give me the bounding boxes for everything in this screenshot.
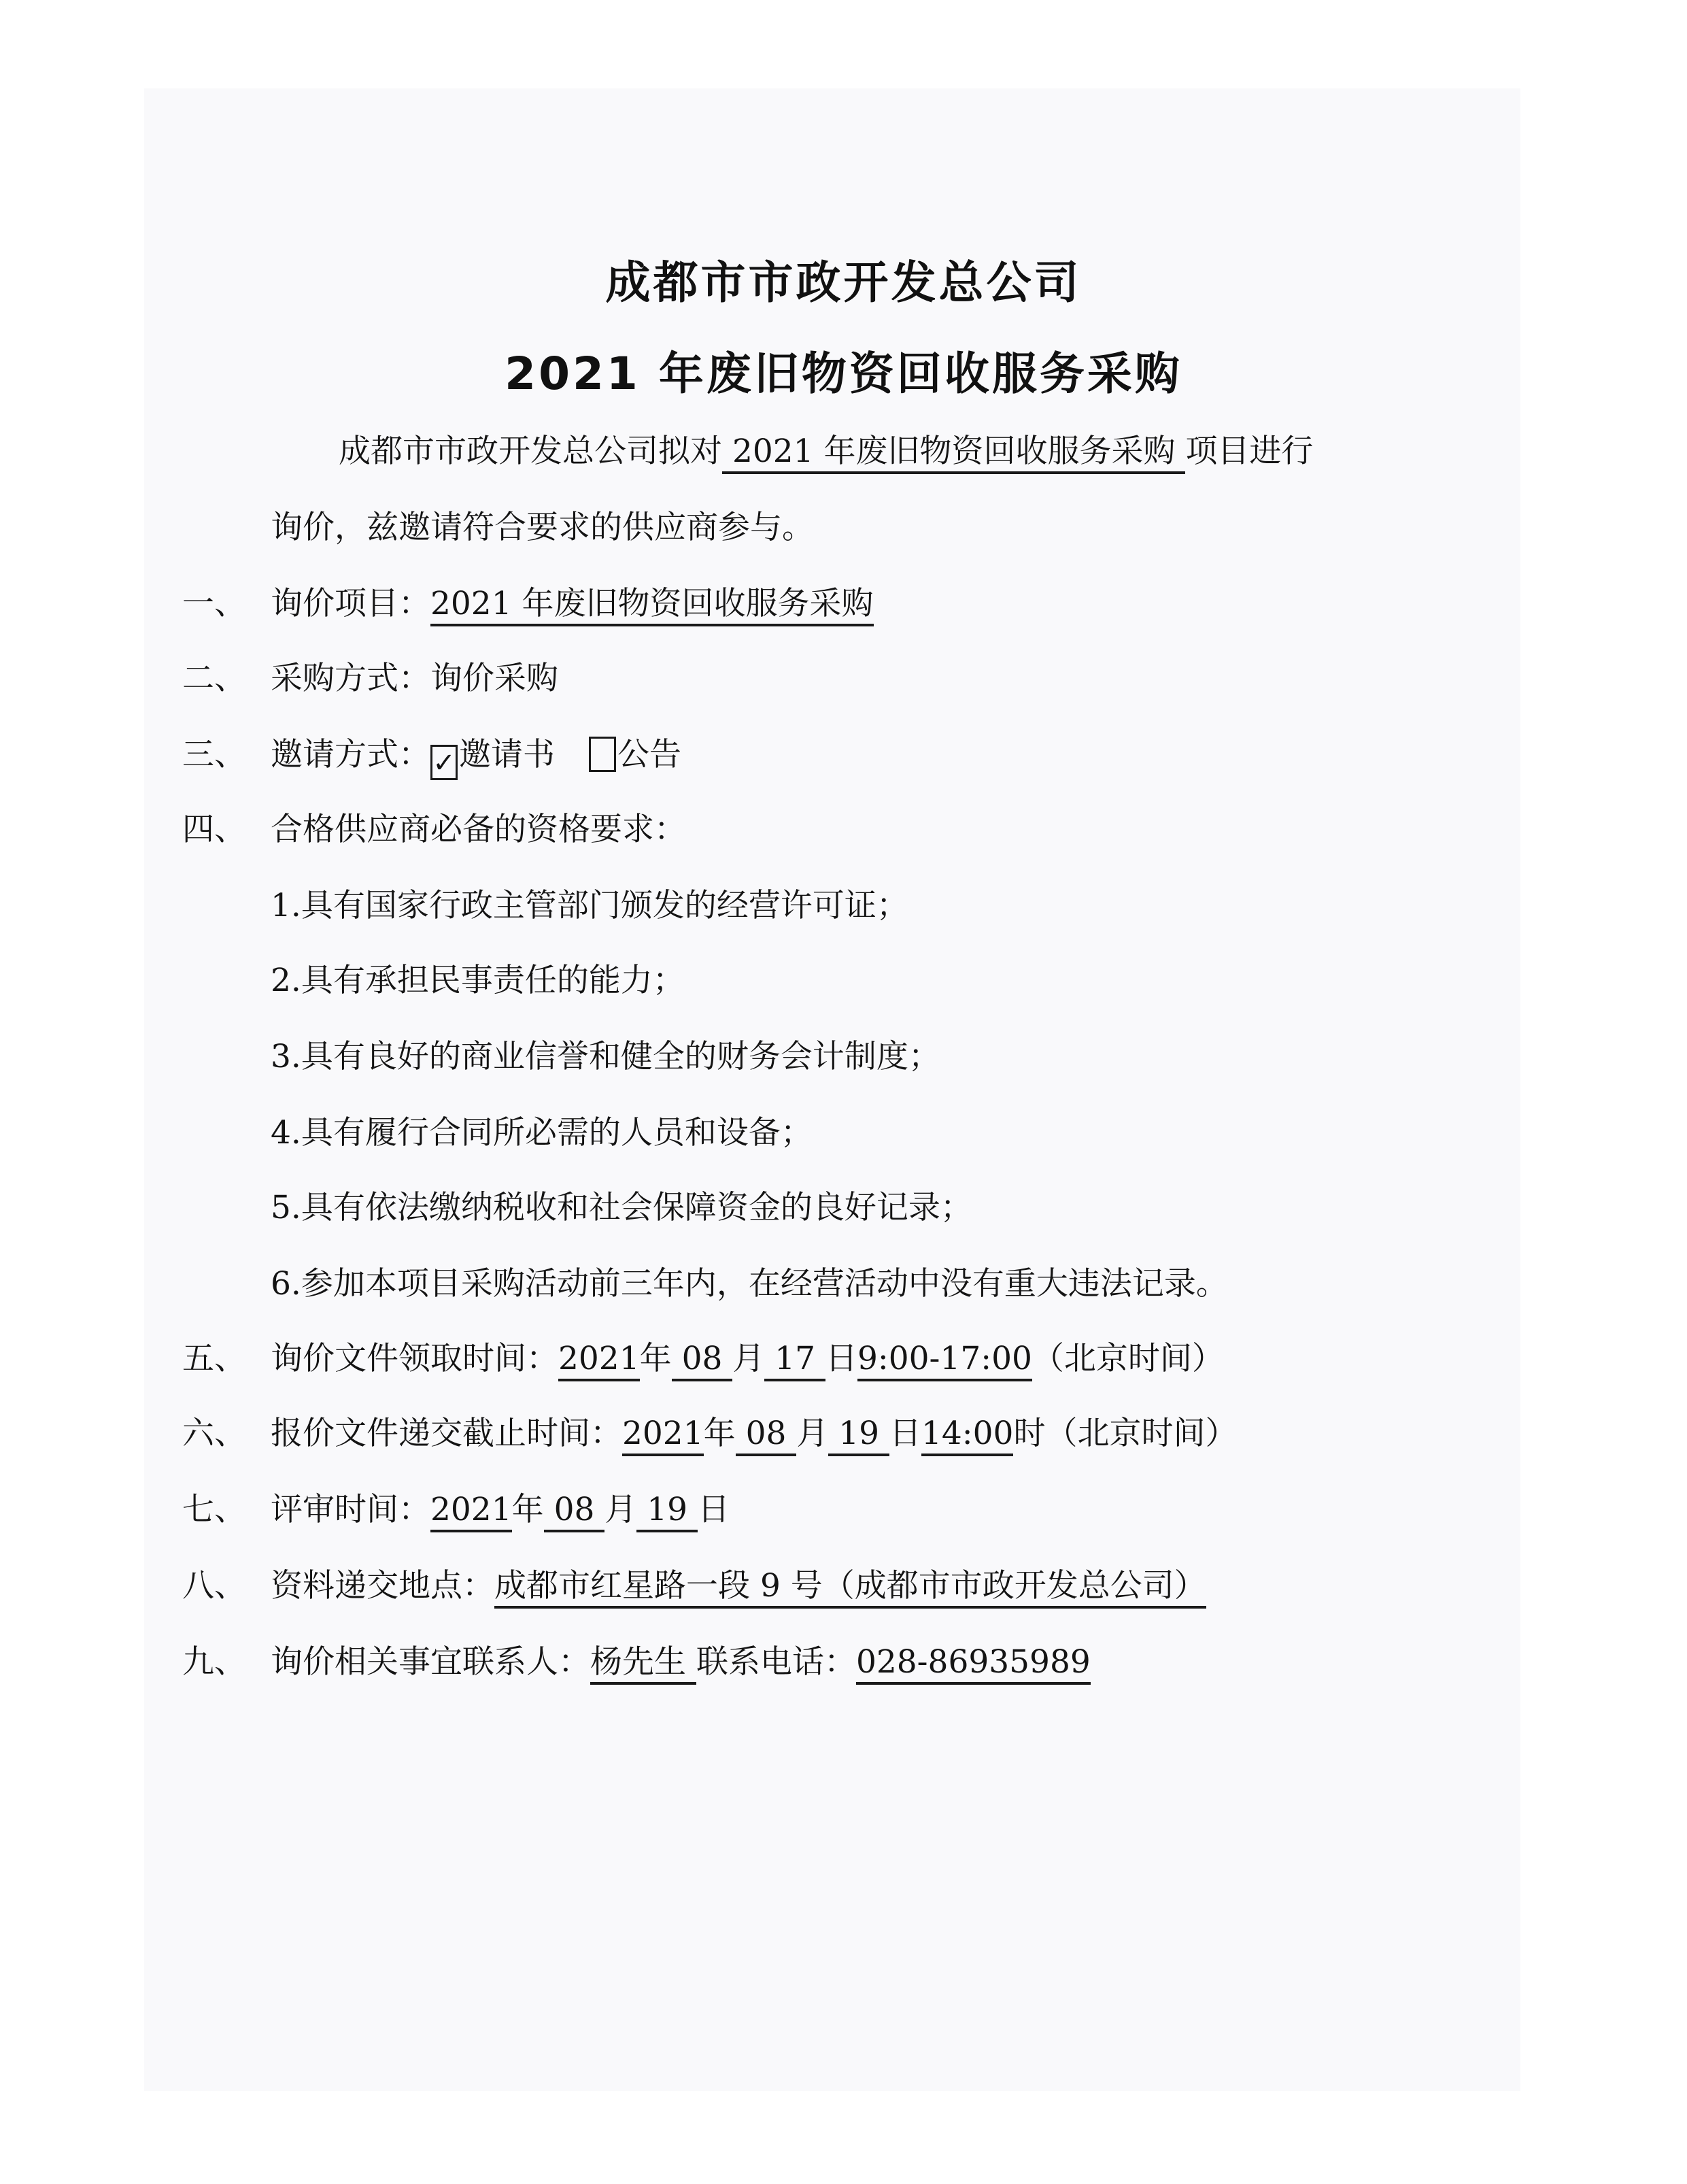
- qualification-item: 4.具有履行合同所必需的人员和设备；: [271, 1113, 813, 1154]
- section-label: 询价项目：: [271, 585, 430, 622]
- section-number: 九、: [182, 1642, 246, 1683]
- qualification-item: 3.具有良好的商业信誉和健全的财务会计制度；: [271, 1037, 940, 1077]
- intro-suffix: 项目进行: [1185, 433, 1313, 470]
- review-day: 19: [636, 1491, 698, 1532]
- section-number: 六、: [182, 1413, 246, 1454]
- intro-line2: 询价，兹邀请符合要求的供应商参与。: [271, 507, 814, 548]
- section-label: 报价文件递交截止时间：: [271, 1415, 622, 1452]
- intro-prefix: 成都市市政开发总公司拟对: [339, 433, 722, 470]
- checkbox-invitation-letter-checked-icon: ✓: [430, 745, 458, 780]
- review-month: 08: [544, 1491, 605, 1532]
- qualification-item: 1.具有国家行政主管部门颁发的经营许可证；: [271, 886, 908, 926]
- review-year: 2021: [430, 1491, 512, 1532]
- procurement-method-value: 询价采购: [430, 660, 558, 697]
- intro-paragraph: 成都市市政开发总公司拟对 2021 年废旧物资回收服务采购 项目进行: [339, 431, 1313, 472]
- year-unit: 年: [704, 1415, 736, 1452]
- option-invitation-letter: 邀请书: [459, 736, 555, 773]
- document-subtitle: 2021 年废旧物资回收服务采购: [0, 337, 1687, 402]
- month-unit: 月: [732, 1340, 764, 1377]
- day-unit: 日: [825, 1340, 857, 1377]
- pickup-year: 2021: [558, 1340, 640, 1381]
- pickup-day: 17: [764, 1340, 825, 1381]
- contact-phone: 028-86935989: [856, 1643, 1091, 1685]
- section-label: 资料递交地点：: [271, 1567, 494, 1605]
- deadline-year: 2021: [622, 1415, 704, 1456]
- section-label: 合格供应商必备的资格要求：: [271, 809, 686, 850]
- timezone-note: （北京时间）: [1045, 1415, 1237, 1452]
- pickup-month: 08: [672, 1340, 733, 1381]
- section-label: 询价相关事宜联系人：: [271, 1643, 590, 1681]
- submission-address: 成都市红星路一段 9 号（成都市市政开发总公司）: [494, 1567, 1206, 1609]
- project-name: 2021 年废旧物资回收服务采购: [430, 585, 874, 626]
- month-unit: 月: [796, 1415, 828, 1452]
- section-label: 邀请方式：: [271, 736, 430, 773]
- section-number: 一、: [182, 584, 246, 624]
- qualification-item: 2.具有承担民事责任的能力；: [271, 960, 685, 1001]
- section-number: 四、: [182, 809, 246, 850]
- timezone-note: （北京时间）: [1032, 1340, 1224, 1377]
- section-number: 三、: [182, 735, 246, 775]
- section-number: 五、: [182, 1339, 246, 1379]
- option-announcement: 公告: [617, 736, 681, 773]
- phone-label: 联系电话：: [696, 1643, 856, 1681]
- section-label: 评审时间：: [271, 1491, 430, 1528]
- section-label: 采购方式：: [271, 660, 430, 697]
- deadline-month: 08: [736, 1415, 797, 1456]
- year-unit: 年: [512, 1491, 544, 1528]
- year-unit: 年: [640, 1340, 672, 1377]
- section-number: 七、: [182, 1490, 246, 1530]
- deadline-day: 19: [828, 1415, 889, 1456]
- day-unit: 日: [698, 1491, 730, 1528]
- section-number: 八、: [182, 1566, 246, 1607]
- contact-person: 杨先生: [590, 1643, 696, 1685]
- qualification-item: 5.具有依法缴纳税收和社会保障资金的良好记录；: [271, 1188, 972, 1228]
- month-unit: 月: [604, 1491, 636, 1528]
- pickup-time-range: 9:00-17:00: [857, 1340, 1032, 1381]
- section-number: 二、: [182, 658, 246, 699]
- deadline-time: 14:00: [921, 1415, 1013, 1456]
- hour-unit: 时: [1013, 1415, 1045, 1452]
- day-unit: 日: [889, 1415, 921, 1452]
- checkbox-announcement-icon: [589, 737, 616, 772]
- qualification-item: 6.参加本项目采购活动前三年内，在经营活动中没有重大违法记录。: [271, 1264, 1228, 1305]
- document-title: 成都市市政开发总公司: [0, 246, 1687, 311]
- intro-project-name: 2021 年废旧物资回收服务采购: [722, 433, 1185, 474]
- section-label: 询价文件领取时间：: [271, 1340, 558, 1377]
